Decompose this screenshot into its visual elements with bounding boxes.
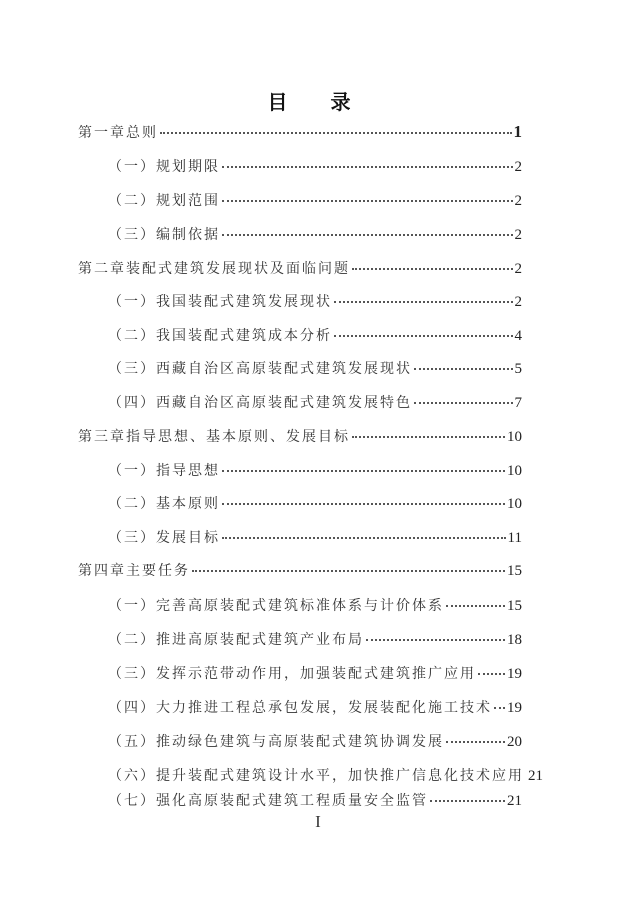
toc-entry-section[interactable]: （一）完善高原装配式建筑标准体系与计价体系 15: [108, 595, 522, 617]
toc-entry-chapter-2[interactable]: 第二章装配式建筑发展现状及面临问题 2: [78, 258, 522, 280]
toc-entry-label: （二）推进高原装配式建筑产业布局: [108, 629, 364, 649]
toc-entry-label: 第二章装配式建筑发展现状及面临问题: [78, 258, 350, 278]
toc-entry-section[interactable]: （一）规划期限 2: [108, 156, 522, 178]
dot-leader: [222, 200, 513, 202]
dot-leader: [352, 436, 505, 438]
toc-entry-section[interactable]: （四）西藏自治区高原装配式建筑发展特色 7: [108, 392, 522, 414]
toc-entry-label: （六）提升装配式建筑设计水平，加快推广信息化技术应用: [108, 765, 524, 785]
toc-entry-chapter-4[interactable]: 第四章主要任务 15: [78, 560, 522, 582]
toc-entry-section[interactable]: （三）发展目标 11: [108, 527, 522, 549]
dot-leader: [478, 673, 505, 675]
toc-entry-page: 18: [507, 632, 522, 649]
toc-entry-section[interactable]: （一）指导思想 10: [108, 460, 522, 482]
dot-leader: [222, 537, 506, 539]
toc-entry-section[interactable]: （三）西藏自治区高原装配式建筑发展现状 5: [108, 358, 522, 380]
toc-entry-page: 21: [528, 768, 543, 785]
dot-leader: [222, 234, 513, 236]
toc-entry-page: 19: [507, 666, 522, 683]
toc-entry-section[interactable]: （二）推进高原装配式建筑产业布局 18: [108, 629, 522, 651]
toc-entry-label: （五）推动绿色建筑与高原装配式建筑协调发展: [108, 731, 444, 751]
toc-entry-label: （四）大力推进工程总承包发展，发展装配化施工技术: [108, 697, 492, 717]
toc-entry-page: 2: [515, 193, 523, 210]
toc-entry-page: 15: [507, 598, 522, 615]
dot-leader: [160, 132, 512, 134]
toc-entry-chapter-3[interactable]: 第三章指导思想、基本原则、发展目标 10: [78, 426, 522, 448]
toc-entry-label: 第一章总则: [78, 122, 158, 142]
toc-entry-page: 7: [515, 395, 523, 412]
toc-entry-label: （七）强化高原装配式建筑工程质量安全监管: [108, 790, 428, 810]
toc-entry-section[interactable]: （二）规划范围 2: [108, 190, 522, 212]
toc-entry-section[interactable]: （一）我国装配式建筑发展现状 2: [108, 291, 522, 313]
toc-entry-section[interactable]: （三）编制依据 2: [108, 224, 522, 246]
toc-entry-label: （三）发展目标: [108, 527, 220, 547]
toc-entry-section[interactable]: （三）发挥示范带动作用，加强装配式建筑推广应用 19: [108, 663, 522, 685]
dot-leader: [414, 368, 513, 370]
toc-entry-label: （一）指导思想: [108, 460, 220, 480]
toc-entry-page: 4: [515, 328, 523, 345]
toc-entry-page: 1: [514, 122, 523, 142]
toc-entry-section[interactable]: （七）强化高原装配式建筑工程质量安全监管 21: [108, 790, 522, 812]
dot-leader: [366, 639, 505, 641]
toc-entry-label: （四）西藏自治区高原装配式建筑发展特色: [108, 392, 412, 412]
toc-entry-page: 11: [508, 530, 522, 547]
toc-entry-page: 15: [507, 563, 522, 580]
dot-leader: [446, 605, 505, 607]
toc-entry-label: （二）我国装配式建筑成本分析: [108, 325, 332, 345]
toc-entry-section[interactable]: （二）基本原则 10: [108, 493, 522, 515]
dot-leader: [334, 301, 513, 303]
toc-entry-section[interactable]: （五）推动绿色建筑与高原装配式建筑协调发展 20: [108, 731, 522, 753]
toc-entry-label: （三）西藏自治区高原装配式建筑发展现状: [108, 358, 412, 378]
toc-entry-label: （一）规划期限: [108, 156, 220, 176]
dot-leader: [222, 503, 505, 505]
toc-entry-label: （一）完善高原装配式建筑标准体系与计价体系: [108, 595, 444, 615]
toc-entry-page: 20: [507, 734, 522, 751]
toc-entry-page: 2: [515, 261, 523, 278]
toc-title: 目 录: [0, 86, 636, 115]
toc-entry-page: 10: [507, 496, 522, 513]
dot-leader: [446, 741, 505, 743]
dot-leader: [414, 402, 513, 404]
toc-entry-label: （二）基本原则: [108, 493, 220, 513]
toc-entry-label: （一）我国装配式建筑发展现状: [108, 291, 332, 311]
toc-entry-label: （三）发挥示范带动作用，加强装配式建筑推广应用: [108, 663, 476, 683]
dot-leader: [334, 335, 513, 337]
toc-entry-section[interactable]: （六）提升装配式建筑设计水平，加快推广信息化技术应用 21: [108, 765, 522, 787]
dot-leader: [430, 800, 505, 802]
toc-entry-page: 19: [507, 700, 522, 717]
toc-entry-section[interactable]: （四）大力推进工程总承包发展，发展装配化施工技术 19: [108, 697, 522, 719]
toc-entry-section[interactable]: （二）我国装配式建筑成本分析 4: [108, 325, 522, 347]
toc-entry-label: 第四章主要任务: [78, 560, 190, 580]
dot-leader: [222, 470, 505, 472]
toc-entry-page: 21: [507, 793, 522, 810]
toc-entry-page: 2: [515, 227, 523, 244]
toc-entry-page: 2: [515, 294, 523, 311]
toc-entry-chapter-1[interactable]: 第一章总则 1: [78, 122, 522, 144]
page-number: I: [0, 812, 636, 832]
dot-leader: [352, 268, 513, 270]
toc-entry-page: 10: [507, 463, 522, 480]
toc-entry-label: 第三章指导思想、基本原则、发展目标: [78, 426, 350, 446]
toc-entry-page: 5: [515, 361, 523, 378]
toc-entry-page: 10: [507, 429, 522, 446]
toc-entry-label: （二）规划范围: [108, 190, 220, 210]
toc-entry-label: （三）编制依据: [108, 224, 220, 244]
dot-leader: [494, 707, 505, 709]
toc-entry-page: 2: [515, 159, 523, 176]
dot-leader: [192, 570, 505, 572]
dot-leader: [222, 166, 513, 168]
